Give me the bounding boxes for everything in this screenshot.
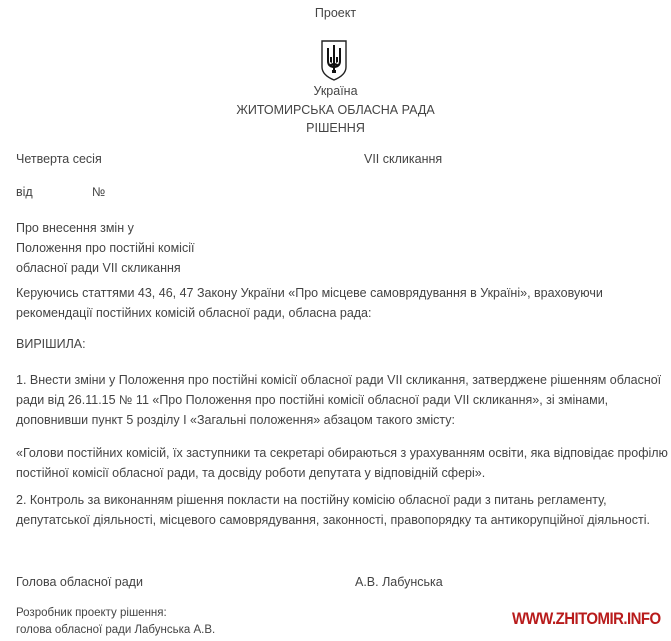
preamble-line: рекомендації постійних комісій обласної … (16, 303, 666, 323)
clause-2: 2. Контроль за виконанням рішення поклас… (16, 490, 666, 530)
number-label: № (92, 185, 105, 199)
session-label: Четверта сесія (16, 152, 102, 166)
developer-value: голова обласної ради Лабунська А.В. (16, 624, 215, 636)
preamble-line: Керуючись статтями 43, 46, 47 Закону Укр… (16, 283, 666, 303)
project-label: Проект (0, 6, 671, 20)
document-type: РІШЕННЯ (0, 121, 671, 135)
quote-line: «Голови постійних комісій, їх заступники… (16, 443, 666, 463)
signature-name: А.В. Лабунська (355, 575, 443, 589)
convocation-label: VII скликання (364, 152, 442, 166)
subject-line: Про внесення змін у (16, 218, 666, 238)
amendment-quote: «Голови постійних комісій, їх заступники… (16, 443, 666, 483)
subject-line: Положення про постійні комісії (16, 238, 666, 258)
clause-line: 2. Контроль за виконанням рішення поклас… (16, 490, 666, 510)
clause-line: ради від 26.11.15 № 11 «Про Положення пр… (16, 390, 666, 410)
clause-line: доповнивши пункт 5 розділу I «Загальні п… (16, 410, 666, 430)
preamble-paragraph: Керуючись статтями 43, 46, 47 Закону Укр… (16, 283, 666, 323)
clause-line: депутатської діяльності, місцевого самов… (16, 510, 666, 530)
clause-line: 1. Внести зміни у Положення про постійні… (16, 370, 666, 390)
developer-label: Розробник проекту рішення: (16, 607, 167, 619)
subject-line: обласної ради VII скликання (16, 258, 666, 278)
council-name: ЖИТОМИРСЬКА ОБЛАСНА РАДА (0, 103, 671, 117)
document-subject: Про внесення змін у Положення про постій… (16, 218, 666, 278)
ukraine-trident-coat-of-arms-icon (320, 39, 348, 81)
resolved-heading: ВИРІШИЛА: (16, 337, 86, 351)
signature-position: Голова обласної ради (16, 575, 143, 589)
clause-1: 1. Внести зміни у Положення про постійні… (16, 370, 666, 430)
country-name: Україна (0, 84, 671, 98)
site-watermark: WWW.ZHITOMIR.INFO (512, 609, 661, 629)
quote-line: постійної комісії обласної ради, та досв… (16, 463, 666, 483)
date-label: від (16, 185, 33, 199)
